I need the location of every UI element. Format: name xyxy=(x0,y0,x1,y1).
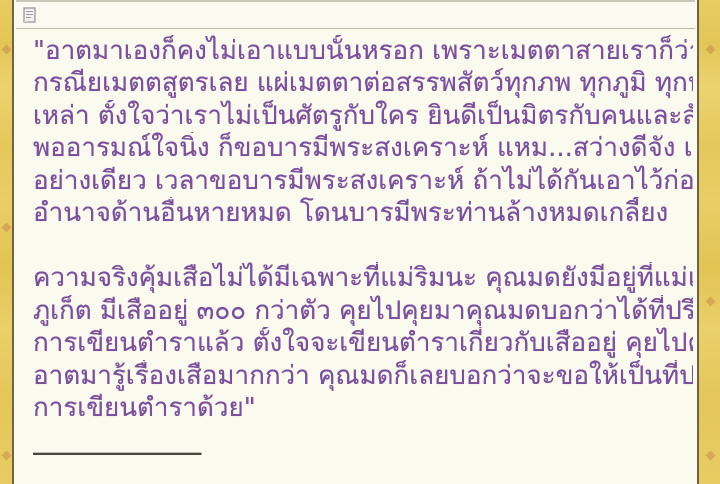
text-line: อย่างเดียว เวลาขอบารมีพระสงเคราะห์ ถ้าไม… xyxy=(33,165,693,197)
text-line: "อาตมาเองก็คงไม่เอาแบบนั้นหรอก เพราะเมตต… xyxy=(33,35,693,67)
border-motif-icon xyxy=(2,223,12,233)
note-icon[interactable] xyxy=(23,7,36,23)
paragraph-1: "อาตมาเองก็คงไม่เอาแบบนั้นหรอก เพราะเมตต… xyxy=(33,35,693,229)
border-motif-icon xyxy=(2,451,12,461)
paragraph-2: ความจริงคุ้มเสือไม่ได้มีเฉพาะที่แม่ริมนะ… xyxy=(33,262,693,424)
decorative-border-left xyxy=(0,0,14,484)
page-frame: "อาตมาเองก็คงไม่เอาแบบนั้นหรอก เพราะเมตต… xyxy=(0,0,720,484)
page-content: "อาตมาเองก็คงไม่เอาแบบนั้นหรอก เพราะเมตต… xyxy=(16,0,695,484)
border-motif-icon xyxy=(706,45,716,55)
text-line: ความจริงคุ้มเสือไม่ได้มีเฉพาะที่แม่ริมนะ… xyxy=(33,262,693,294)
text-line: อำนาจด้านอื่นหายหมด โดนบารมีพระท่านล้างห… xyxy=(33,197,693,229)
separator-line: ______________ xyxy=(33,426,693,456)
border-motif-icon xyxy=(706,451,716,461)
document-text: "อาตมาเองก็คงไม่เอาแบบนั้นหรอก เพราะเมตต… xyxy=(16,29,695,456)
text-line: การเขียนตำราด้วย" xyxy=(33,392,693,424)
text-line: ภูเก็ต มีเสืออยู่ ๓๐๐ กว่าตัว คุยไปคุยมา… xyxy=(33,295,693,327)
decorative-border-right xyxy=(697,0,720,484)
text-line: อาตมารู้เรื่องเสือมากกว่า คุณมดก็เลยบอกว… xyxy=(33,360,693,392)
text-line: พออารมณ์ใจนิ่ง ก็ขอบารมีพระสงเคราะห์ แหม… xyxy=(33,132,693,164)
toolbar xyxy=(16,2,695,29)
border-motif-icon xyxy=(2,45,12,55)
text-line: การเขียนตำราแล้ว ตั้งใจจะเขียนตำราเกี่ยว… xyxy=(33,327,693,359)
text-line: กรณียเมตตสูตรเลย แผ่เมตตาต่อสรรพสัตว์ทุก… xyxy=(33,67,693,99)
text-line: เหล่า ตั้งใจว่าเราไม่เป็นศัตรูกับใคร ยิน… xyxy=(33,100,693,132)
border-motif-icon xyxy=(706,297,716,307)
